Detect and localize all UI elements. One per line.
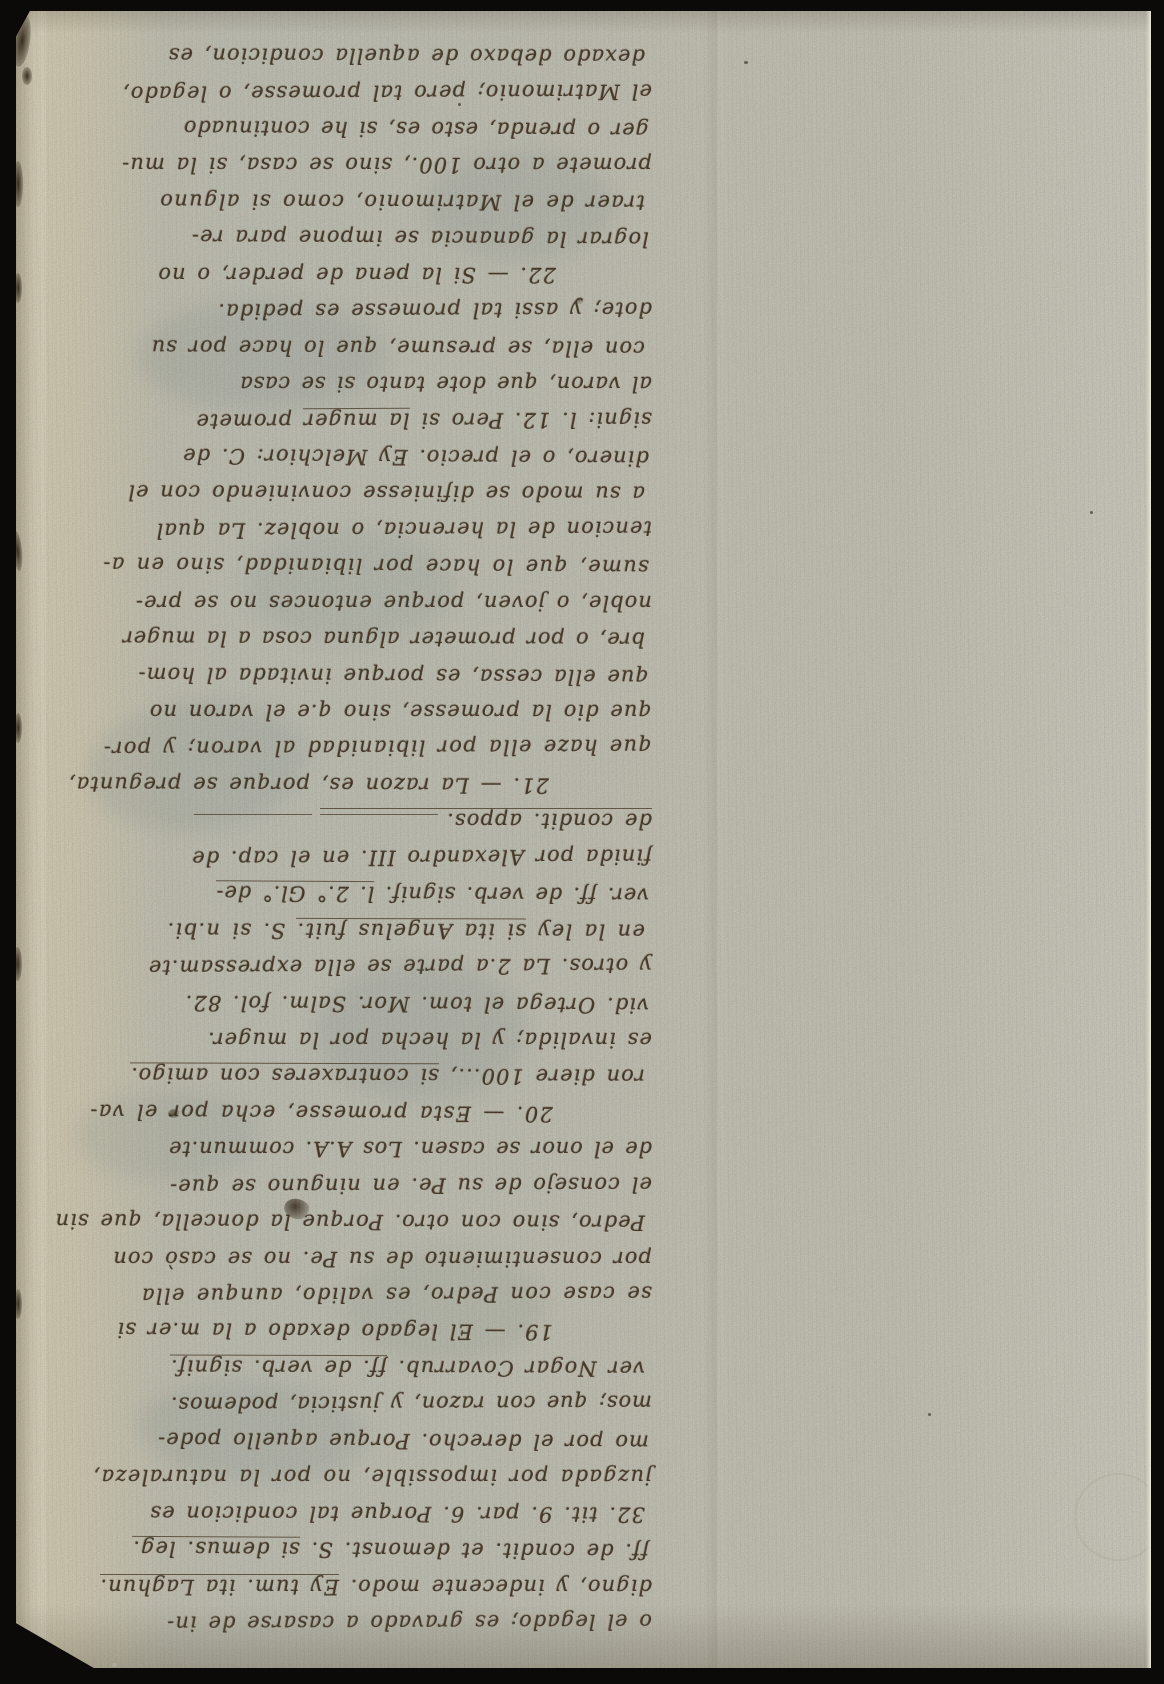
bottom-edge-shadow [16, 1604, 1151, 1668]
manuscript-page: o el legado; es gravado a casarse de in-… [16, 11, 1151, 1668]
right-page-edge [1146, 11, 1151, 1668]
paper-fibre-texture [16, 11, 1151, 1668]
top-edge-shadow [16, 11, 1151, 33]
scan-background: o el legado; es gravado a casarse de in-… [0, 0, 1164, 1684]
